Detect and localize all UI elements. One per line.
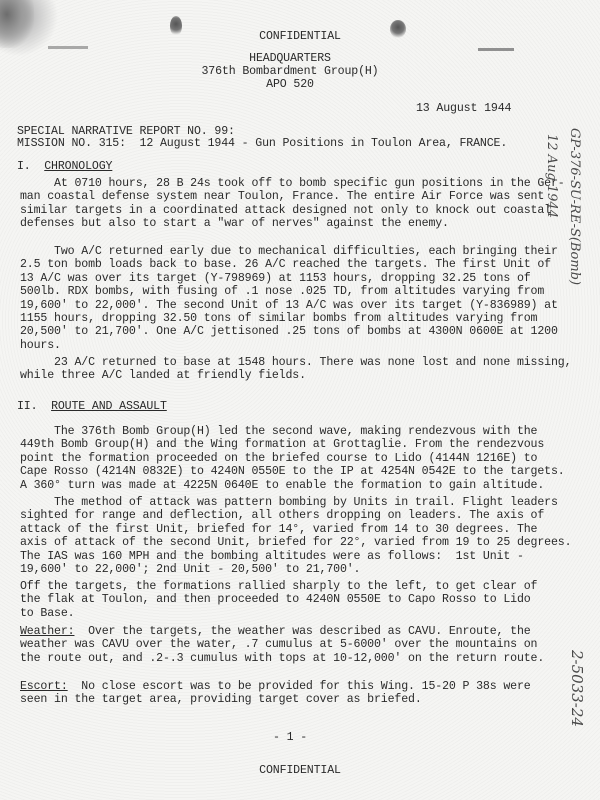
org-unit: 376th Bombardment Group(H) bbox=[200, 65, 380, 79]
ink-mark bbox=[478, 48, 514, 51]
paragraph: Off the targets, the formations rallied … bbox=[20, 580, 530, 620]
paragraph: 23 A/C returned to base at 1548 hours. T… bbox=[20, 356, 530, 383]
stamp-seal-icon bbox=[390, 20, 406, 38]
handwritten-file-number: 2-5033-24 bbox=[568, 650, 586, 727]
classification-top: CONFIDENTIAL bbox=[240, 30, 360, 44]
paragraph: At 0710 hours, 28 B 24s took off to bomb… bbox=[20, 177, 530, 231]
section-number: I. bbox=[17, 160, 31, 173]
org-headquarters: HEADQUARTERS bbox=[200, 52, 380, 66]
weather-paragraph: Weather: Over the targets, the weather w… bbox=[20, 625, 530, 665]
org-apo: APO 520 bbox=[200, 78, 380, 92]
section-title: CHRONOLOGY bbox=[44, 160, 112, 173]
handwritten-date: 12 Aug 1944 bbox=[544, 134, 559, 218]
handwritten-reference: GP-376-SU-RE-S(Bomb) bbox=[567, 128, 582, 285]
section-heading-chronology: I. CHRONOLOGY bbox=[17, 160, 112, 174]
section-title: ROUTE AND ASSAULT bbox=[51, 400, 167, 413]
escort-text: No close escort was to be provided for t… bbox=[20, 680, 531, 706]
ink-smudge bbox=[48, 46, 88, 49]
section-number: II. bbox=[17, 400, 37, 413]
document-page: CONFIDENTIAL HEADQUARTERS 376th Bombardm… bbox=[0, 0, 600, 800]
escort-paragraph: Escort: No close escort was to be provid… bbox=[20, 680, 530, 707]
weather-text: Over the targets, the weather was descri… bbox=[20, 625, 544, 665]
page-number: - 1 - bbox=[260, 731, 320, 745]
section-heading-route: II. ROUTE AND ASSAULT bbox=[17, 400, 167, 414]
document-date: 13 August 1944 bbox=[416, 102, 511, 116]
mission-line: MISSION NO. 315: 12 August 1944 - Gun Po… bbox=[17, 137, 507, 151]
classification-bottom: CONFIDENTIAL bbox=[240, 764, 360, 778]
paragraph: Two A/C returned early due to mechanical… bbox=[20, 245, 530, 352]
weather-label: Weather: bbox=[20, 625, 74, 638]
escort-label: Escort: bbox=[20, 680, 68, 693]
corner-ink-blot bbox=[0, 0, 34, 48]
emblem-icon bbox=[170, 16, 182, 36]
paragraph: The method of attack was pattern bombing… bbox=[20, 496, 530, 576]
paragraph: The 376th Bomb Group(H) led the second w… bbox=[20, 425, 530, 492]
